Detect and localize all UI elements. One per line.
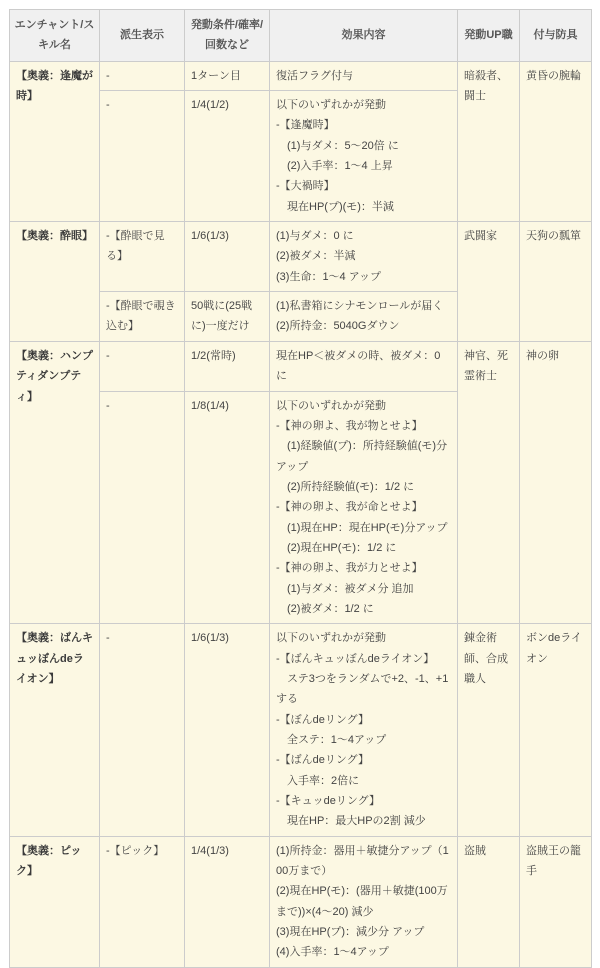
armor-cell: 盗賊王の籠手 [520, 836, 592, 967]
derivation-cell: - [100, 61, 185, 90]
effect-cell: 現在HP＜被ダメの時、被ダメ：0 に [270, 341, 458, 391]
condition-cell: 1ターン目 [185, 61, 270, 90]
condition-cell: 1/6(1/3) [185, 222, 270, 292]
armor-cell: 神の卵 [520, 341, 592, 623]
effect-cell: 以下のいずれかが発動 -【ばんキュッぼんdeライオン】 ステ3つをランダムで+2… [270, 624, 458, 836]
armor-cell: ボンdeライオン [520, 624, 592, 836]
column-header-armor: 付与防具 [520, 10, 592, 62]
skill-name-cell: 【奥義：逢魔が時】 [10, 61, 100, 221]
skill-name-cell: 【奥義：酔眼】 [10, 222, 100, 342]
derivation-cell: -【ピック】 [100, 836, 185, 967]
effect-cell: (1)所持金：器用＋敏捷分アップ（100万まで） (2)現在HP(モ)：(器用＋… [270, 836, 458, 967]
condition-cell: 1/4(1/2) [185, 91, 270, 222]
skill-name-cell: 【奥義：ピック】 [10, 836, 100, 967]
condition-cell: 1/2(常時) [185, 341, 270, 391]
header-row: エンチャント/スキル名 派生表示 発動条件/確率/回数など 効果内容 発動UP職… [10, 10, 592, 62]
column-header-effect: 効果内容 [270, 10, 458, 62]
derivation-cell: - [100, 341, 185, 391]
effect-cell: (1)私書箱にシナモンロールが届く (2)所持金：5040Gダウン [270, 292, 458, 342]
effect-cell: 以下のいずれかが発動 -【逢魔時】 (1)与ダメ：5～20倍 に (2)入手率：… [270, 91, 458, 222]
skill-effect-table: エンチャント/スキル名 派生表示 発動条件/確率/回数など 効果内容 発動UP職… [9, 9, 592, 968]
derivation-cell: -【酔眼で見る】 [100, 222, 185, 292]
effect-cell: 以下のいずれかが発動 -【神の卵よ、我が物とせよ】 (1)経験値(プ)：所持経験… [270, 391, 458, 624]
armor-cell: 黄昏の腕輪 [520, 61, 592, 221]
column-header-skill: エンチャント/スキル名 [10, 10, 100, 62]
column-header-up-class: 発動UP職 [458, 10, 520, 62]
table-row: 【奥義：ばんキュッぼんdeライオン】 - 1/6(1/3) 以下のいずれかが発動… [10, 624, 592, 836]
table-row: 【奥義：ピック】 -【ピック】 1/4(1/3) (1)所持金：器用＋敏捷分アッ… [10, 836, 592, 967]
condition-cell: 1/6(1/3) [185, 624, 270, 836]
skill-name-cell: 【奥義：ハンプティダンプティ】 [10, 341, 100, 623]
up-class-cell: 武闘家 [458, 222, 520, 342]
table-row: 【奥義：ハンプティダンプティ】 - 1/2(常時) 現在HP＜被ダメの時、被ダメ… [10, 341, 592, 391]
armor-cell: 天狗の瓢箪 [520, 222, 592, 342]
condition-cell: 1/8(1/4) [185, 391, 270, 624]
derivation-cell: - [100, 391, 185, 624]
up-class-cell: 錬金術師、合成職人 [458, 624, 520, 836]
effect-cell: (1)与ダメ：0 に (2)被ダメ：半減 (3)生命：1～4 アップ [270, 222, 458, 292]
condition-cell: 1/4(1/3) [185, 836, 270, 967]
up-class-cell: 盗賊 [458, 836, 520, 967]
skill-name-cell: 【奥義：ばんキュッぼんdeライオン】 [10, 624, 100, 836]
column-header-condition: 発動条件/確率/回数など [185, 10, 270, 62]
column-header-derivation: 派生表示 [100, 10, 185, 62]
up-class-cell: 暗殺者、闘士 [458, 61, 520, 221]
derivation-cell: -【酔眼で覗き込む】 [100, 292, 185, 342]
table-row: 【奥義：逢魔が時】 - 1ターン目 復活フラグ付与 暗殺者、闘士 黄昏の腕輪 [10, 61, 592, 90]
derivation-cell: - [100, 91, 185, 222]
effect-cell: 復活フラグ付与 [270, 61, 458, 90]
table-row: 【奥義：酔眼】 -【酔眼で見る】 1/6(1/3) (1)与ダメ：0 に (2)… [10, 222, 592, 292]
condition-cell: 50戦に(25戦に)一度だけ [185, 292, 270, 342]
derivation-cell: - [100, 624, 185, 836]
up-class-cell: 神官、死霊術士 [458, 341, 520, 623]
